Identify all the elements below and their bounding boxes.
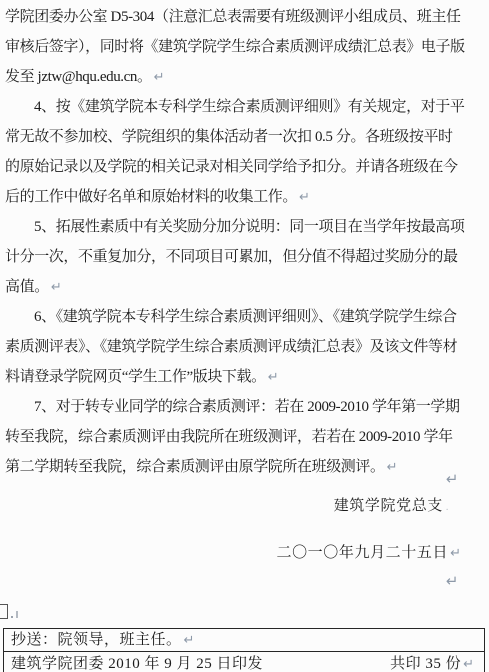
line-text: 6、《建筑学院本专科学生综合素质测评细则》、《建筑学院学生综合 [34,309,457,325]
text-line: 素质测评表》、《建筑学院学生综合素质测评成绩汇总表》及该文件等材 [5,332,486,362]
text-line: 6、《建筑学院本专科学生综合素质测评细则》、《建筑学院学生综合 [5,302,486,332]
line-text: 发至 jztw@hqu.edu.cn。 [5,69,152,85]
line-text: 第二学期转至我院，综合素质测评由原学院所在班级测评。 [5,459,385,475]
paragraph-mark-icon: ↵ [463,657,474,672]
text-line: 常无故不参加校、学院组织的集体活动者一次扣 0.5 分。各班级按平时 [5,122,486,152]
paragraph-mark-icon: ↵ [446,470,459,488]
paragraph-mark-icon: ↵ [387,460,398,475]
line-text: 后的工作中做好名单和原始材料的收集工作。 [5,189,297,205]
line-text: 5、拓展性素质中有关奖励分加分说明：同一项目在当学年按最高项 [34,219,465,235]
anchor-tick-icon [16,611,18,618]
paragraph-mark-icon: ↵ [51,280,62,295]
paragraph-mark-icon: ↵ [450,546,461,561]
text-line: 审核后签字），同时将《建筑学院学生综合素质测评成绩汇总表》电子版 [5,32,486,62]
line-text: 学院团委办公室 D5-304（注意汇总表需要有班级测评小组成员、班主任 [5,9,461,25]
text-line: 的原始记录以及学院的相关记录对相关同学给予扣分。并请各班级在今 [5,152,486,182]
signature-org: 建筑学院党总支. [334,494,449,515]
text-line: 计分一次，不重复加分，不同项目可累加，但分值不得超过奖励分的最 [5,242,486,272]
line-text: 审核后签字），同时将《建筑学院学生综合素质测评成绩汇总表》电子版 [5,39,465,55]
document-page: 学院团委办公室 D5-304（注意汇总表需要有班级测评小组成员、班主任审核后签字… [0,0,489,672]
text-line: 学院团委办公室 D5-304（注意汇总表需要有班级测评小组成员、班主任 [5,2,486,32]
line-text: 料请登录学院网页“学生工作”版块下载。 [5,369,266,385]
text-line: 料请登录学院网页“学生工作”版块下载。↵ [5,362,486,392]
anchor-dot-icon [11,616,13,618]
paragraph-mark-icon: ↵ [299,190,310,205]
footer-issue-row: 建筑学院团委 2010 年 9 月 25 日印发 共印 35 份↵ [4,652,484,672]
signature-org-text: 建筑学院党总支 [334,498,443,514]
document-body: 学院团委办公室 D5-304（注意汇总表需要有班级测评小组成员、班主任审核后签字… [5,2,486,482]
footer-table: 抄送：院领导，班主任。↵ 建筑学院团委 2010 年 9 月 25 日印发 共印… [3,628,485,672]
text-line: 第二学期转至我院，综合素质测评由原学院所在班级测评。↵ [5,452,486,482]
text-line: 5、拓展性素质中有关奖励分加分说明：同一项目在当学年按最高项 [5,212,486,242]
signature-date-text: 二〇一〇年九月二十五日 [276,545,448,561]
text-line: 后的工作中做好名单和原始材料的收集工作。↵ [5,182,486,212]
line-text: 的原始记录以及学院的相关记录对相关同学给予扣分。并请各班级在今 [5,159,458,175]
paragraph-mark-icon: ↵ [154,70,165,85]
line-text: 7、对于转专业同学的综合素质测评：若在 2009-2010 学年第一学期 [34,399,460,415]
line-text: 转至我院，综合素质测评由我院所在班级测评，若若在 2009-2010 学年 [5,429,453,445]
text-line: 发至 jztw@hqu.edu.cn。↵ [5,62,486,92]
table-anchor-icon [0,604,8,619]
text-line: 高值。↵ [5,272,486,302]
text-line: 4、按《建筑学院本专科学生综合素质测评细则》有关规定，对于平 [5,92,486,122]
text-line: 7、对于转专业同学的综合素质测评：若在 2009-2010 学年第一学期 [5,392,486,422]
footer-cc-row: 抄送：院领导，班主任。↵ [4,629,484,652]
paragraph-mark-icon: ↵ [446,572,459,590]
line-text: 高值。 [5,279,49,295]
paragraph-mark-icon: ↵ [184,633,195,648]
hidden-mark-icon: . [446,502,449,513]
signature-date: 二〇一〇年九月二十五日↵ [276,541,461,562]
footer-copies: 共印 35 份↵ [390,652,474,672]
footer-issuer-text: 建筑学院团委 2010 年 9 月 25 日印发 [11,652,263,672]
paragraph-mark-icon: ↵ [268,370,279,385]
text-line: 转至我院，综合素质测评由我院所在班级测评，若若在 2009-2010 学年 [5,422,486,452]
line-text: 素质测评表》、《建筑学院学生综合素质测评成绩汇总表》及该文件等材 [5,339,457,355]
line-text: 4、按《建筑学院本专科学生综合素质测评细则》有关规定，对于平 [34,99,465,115]
line-text: 常无故不参加校、学院组织的集体活动者一次扣 0.5 分。各班级按平时 [5,129,453,145]
footer-copies-text: 共印 35 份 [390,656,461,672]
line-text: 计分一次，不重复加分，不同项目可累加，但分值不得超过奖励分的最 [5,249,458,265]
footer-cc-text: 抄送：院领导，班主任。 [11,632,182,648]
